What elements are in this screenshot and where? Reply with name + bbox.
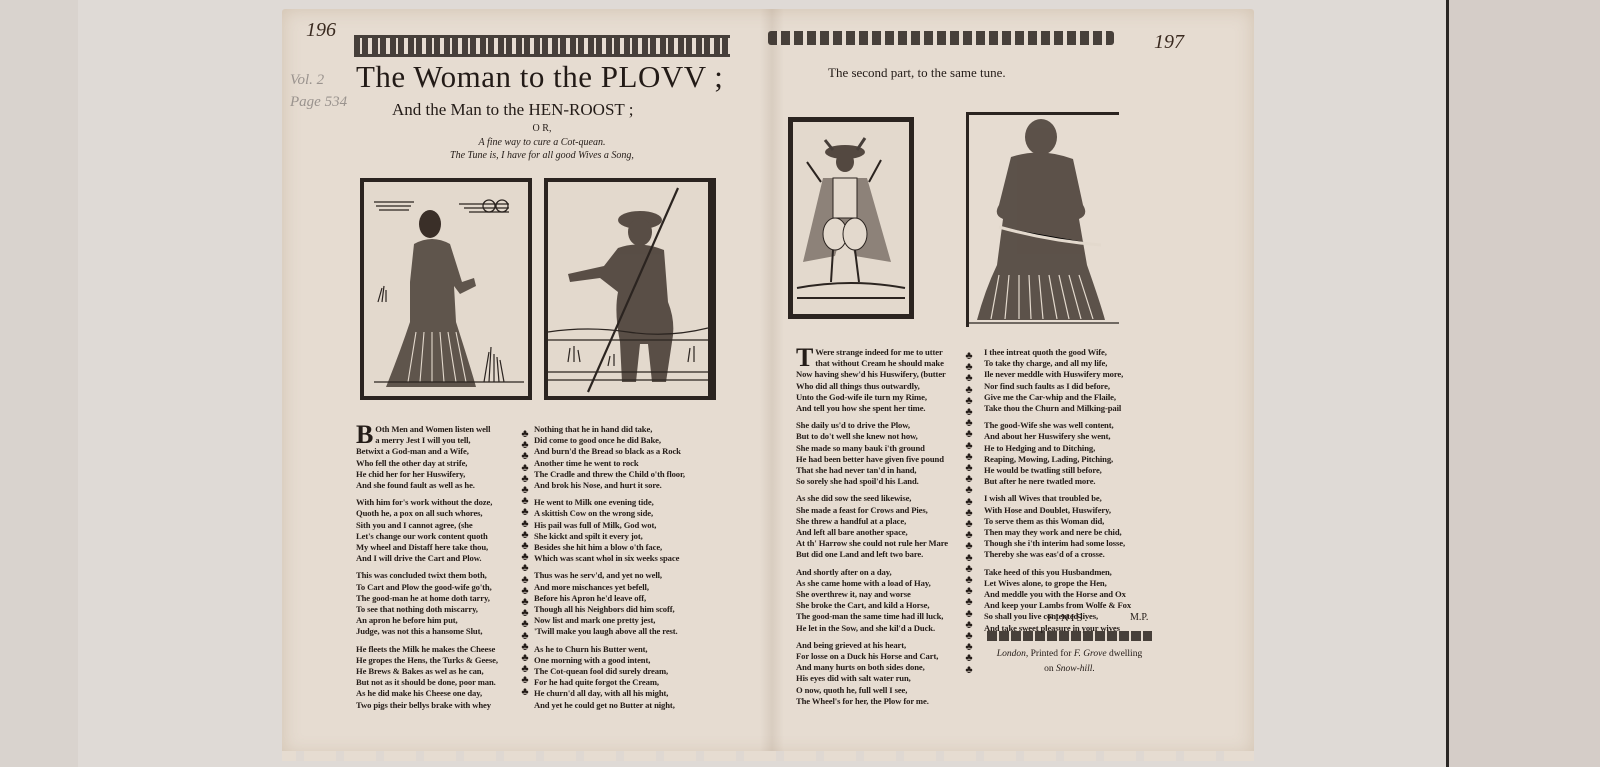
verse-line: Besides she hit him a blow o'th face, bbox=[534, 542, 709, 553]
verse-line: That she had never tan'd in hand, bbox=[796, 465, 964, 476]
verse-line: A skittish Cow on the wrong side, bbox=[534, 508, 709, 519]
verse-line: His pail was full of Milk, God wot, bbox=[534, 520, 709, 531]
imprint-publisher: F. Grove bbox=[1074, 649, 1107, 659]
verse-line: He to Hedging and to Ditching, bbox=[984, 443, 1156, 454]
center-fold bbox=[760, 9, 784, 755]
verse-line: She made a feast for Crows and Pies, bbox=[796, 505, 964, 516]
verse-line: And being grieved at his heart, bbox=[796, 640, 964, 651]
verse-line: The good-man he at home doth tarry, bbox=[356, 593, 526, 604]
verse-line: He churn'd all day, with all his might, bbox=[534, 688, 709, 699]
broadside-sheet: 196 Vol. 2 Page 534 The Woman to the PLO… bbox=[282, 9, 1254, 755]
imprint-printed-for: Printed for bbox=[1031, 649, 1072, 659]
right-column-2: I thee intreat quoth the good Wife, To t… bbox=[984, 347, 1156, 640]
verse-line: My wheel and Distaff here take thou, bbox=[356, 542, 526, 553]
verse-line: She made so many bauk i'th ground bbox=[796, 443, 964, 454]
verse-line: And keep your Lambs from Wolfe & Fox bbox=[984, 600, 1156, 611]
header-ornament-left bbox=[354, 35, 730, 57]
verse-line: Who fell the other day at strife, bbox=[356, 458, 526, 469]
verse-line: And about her Huswifery she went, bbox=[984, 431, 1156, 442]
verse-line: O now, quoth he, full well I see, bbox=[796, 685, 964, 696]
stanza: As he to Churn his Butter went, One morn… bbox=[534, 644, 709, 711]
stanza: T Were strange indeed for me to utter th… bbox=[796, 347, 964, 414]
verse-line: Though all his Neighbors did him scoff, bbox=[534, 604, 709, 615]
verse-line: To serve them as this Woman did, bbox=[984, 516, 1156, 527]
verse-line: He had been better have given five pound bbox=[796, 454, 964, 465]
verse-line: And she found fault as well as he. bbox=[356, 480, 526, 491]
woodcut-woman-in-dress bbox=[966, 112, 1119, 327]
verse-line: But after he nere twatled more. bbox=[984, 476, 1156, 487]
verse-line: Oth Men and Women listen well bbox=[356, 424, 526, 435]
verse-line: And left all bare another space, bbox=[796, 527, 964, 538]
header-ornament-right bbox=[768, 31, 1114, 45]
left-page-number: 196 bbox=[306, 19, 336, 42]
verse-line: Ile never meddle with Huswifery more, bbox=[984, 369, 1156, 380]
verse-line: To see that nothing doth miscarry, bbox=[356, 604, 526, 615]
stanza: He went to Milk one evening tide, A skit… bbox=[534, 497, 709, 564]
verse-line: And shortly after on a day, bbox=[796, 567, 964, 578]
imprint-dwelling: dwelling bbox=[1109, 649, 1142, 659]
pencil-volume: Vol. 2 bbox=[290, 69, 347, 91]
stanza: I thee intreat quoth the good Wife, To t… bbox=[984, 347, 1156, 414]
author-initials: M.P. bbox=[1130, 612, 1148, 623]
stanza: Nothing that he in hand did take, Did co… bbox=[534, 424, 709, 491]
verse-line: This was concluded twixt them both, bbox=[356, 570, 526, 581]
verse-line: An apron he before him put, bbox=[356, 615, 526, 626]
verse-line: And brok his Nose, and hurt it sore. bbox=[534, 480, 709, 491]
tune-prefix: The Tune is, bbox=[450, 150, 499, 161]
fleuron-divider-left: ♣♣♣♣♣♣♣♣♣♣♣♣♣♣♣♣♣♣♣♣♣♣♣♣ bbox=[518, 429, 532, 698]
verse-line: Quoth he, a pox on all such whores, bbox=[356, 508, 526, 519]
verse-line: But did one Land and left two bare. bbox=[796, 549, 964, 560]
verse-line: With him for's work without the doze, bbox=[356, 497, 526, 508]
verse-line: She overthrew it, nay and worse bbox=[796, 589, 964, 600]
stanza: And being grieved at his heart, For loss… bbox=[796, 640, 964, 707]
verse-line: Thus was he serv'd, and yet no well, bbox=[534, 570, 709, 581]
verse-line: He went to Milk one evening tide, bbox=[534, 497, 709, 508]
verse-line: Nor find such faults as I did before, bbox=[984, 381, 1156, 392]
verse-line: And many hurts on both sides done, bbox=[796, 662, 964, 673]
imprint-line-1: London, Printed for F. Grove dwelling bbox=[982, 649, 1157, 659]
right-column-1: T Were strange indeed for me to utter th… bbox=[796, 347, 964, 713]
verse-line: And burn'd the Bread so black as a Rock bbox=[534, 446, 709, 457]
woman-figure-illustration bbox=[364, 182, 528, 396]
tagline: A fine way to cure a Cot-quean. bbox=[432, 137, 652, 148]
verse-line: And yet he could get no Butter at night, bbox=[534, 700, 709, 711]
background-left bbox=[0, 0, 78, 767]
verse-line: 'Twill make you laugh above all the rest… bbox=[534, 626, 709, 637]
verse-line: And I will drive the Cart and Plow. bbox=[356, 553, 526, 564]
verse-line: The Wheel's for her, the Plow for me. bbox=[796, 696, 964, 707]
right-page-number: 197 bbox=[1154, 31, 1184, 54]
verse-line: Two pigs their bellys brake with whey bbox=[356, 700, 526, 711]
tune-line: The Tune is, I have for all good Wives a… bbox=[422, 150, 662, 161]
verse-line: Betwixt a God-man and a Wife, bbox=[356, 446, 526, 457]
verse-line: She kickt and spilt it every jot, bbox=[534, 531, 709, 542]
imprint-place: Snow-hill. bbox=[1056, 664, 1095, 674]
drop-cap-t: T bbox=[796, 347, 813, 369]
left-column-2: Nothing that he in hand did take, Did co… bbox=[534, 424, 709, 717]
verse-line: He gropes the Hens, the Turks & Geese, bbox=[356, 655, 526, 666]
ballad-subtitle: And the Man to the HEN-ROOST ; bbox=[392, 100, 633, 120]
stanza: The good-Wife she was well content, And … bbox=[984, 420, 1156, 487]
verse-line: As he to Churn his Butter went, bbox=[534, 644, 709, 655]
verse-line: To take thy charge, and all my life, bbox=[984, 358, 1156, 369]
verse-line: And tell you how she spent her time. bbox=[796, 403, 964, 414]
stanza: With him for's work without the doze, Qu… bbox=[356, 497, 526, 564]
verse-line: Reaping, Mowing, Lading, Pitching, bbox=[984, 454, 1156, 465]
stanza: And shortly after on a day, As she came … bbox=[796, 567, 964, 634]
verse-line: Take thou the Churn and Milking-pail bbox=[984, 403, 1156, 414]
stanza: I wish all Wives that troubled be, With … bbox=[984, 493, 1156, 560]
verse-line: She broke the Cart, and kild a Horse, bbox=[796, 600, 964, 611]
drop-cap-b: B bbox=[356, 424, 373, 446]
verse-line: Now having shew'd his Huswifery, (butter bbox=[796, 369, 964, 380]
woodcut-man-in-cloak bbox=[788, 117, 914, 319]
verse-line: As she did sow the seed likewise, bbox=[796, 493, 964, 504]
imprint-city: London, bbox=[997, 649, 1028, 659]
verse-line: Now list and mark one pretty jest, bbox=[534, 615, 709, 626]
background-right bbox=[1449, 0, 1600, 767]
verse-line: Then may they work and nere be chid, bbox=[984, 527, 1156, 538]
verse-line: Which was scant whol in six weeks space bbox=[534, 553, 709, 564]
verse-line: As she came home with a load of Hay, bbox=[796, 578, 964, 589]
verse-line: She daily us'd to drive the Plow, bbox=[796, 420, 964, 431]
verse-line: a merry Jest I will you tell, bbox=[356, 435, 526, 446]
verse-line: Who did all things thus outwardly, bbox=[796, 381, 964, 392]
woman-in-dress-illustration bbox=[969, 115, 1119, 327]
verse-line: He fleets the Milk he makes the Cheese bbox=[356, 644, 526, 655]
verse-line: He let in the Sow, and she kil'd a Duck. bbox=[796, 623, 964, 634]
verse-line: To Cart and Plow the good-wife go'th, bbox=[356, 582, 526, 593]
imprint-line-2: on Snow-hill. bbox=[982, 664, 1157, 674]
verse-line: I thee intreat quoth the good Wife, bbox=[984, 347, 1156, 358]
verse-line: His eyes did with salt water run, bbox=[796, 673, 964, 684]
woodcut-woman-figure bbox=[360, 178, 532, 400]
verse-line: Judge, was not this a hansome Slut, bbox=[356, 626, 526, 637]
tune-name: I have for all good Wives a Song, bbox=[501, 150, 634, 161]
verse-line: Let Wives alone, to grope the Hen, bbox=[984, 578, 1156, 589]
second-part-heading: The second part, to the same tune. bbox=[828, 65, 1006, 81]
verse-line: And meddle you with the Horse and Ox bbox=[984, 589, 1156, 600]
stanza: B Oth Men and Women listen well a merry … bbox=[356, 424, 526, 491]
or-line: O R, bbox=[512, 123, 572, 134]
pencil-page: Page 534 bbox=[290, 91, 347, 113]
verse-line: But not as it should be done, poor man. bbox=[356, 677, 526, 688]
verse-line: She threw a handful at a place, bbox=[796, 516, 964, 527]
man-in-cloak-illustration bbox=[793, 122, 909, 314]
finis-label: FINIS. bbox=[1047, 612, 1089, 624]
verse-line: I wish all Wives that troubled be, bbox=[984, 493, 1156, 504]
verse-line: Sith you and I cannot agree, (she bbox=[356, 520, 526, 531]
verse-line: As he did make his Cheese one day, bbox=[356, 688, 526, 699]
stanza: She daily us'd to drive the Plow, But to… bbox=[796, 420, 964, 487]
verse-line: Take heed of this you Husbandmen, bbox=[984, 567, 1156, 578]
verse-line: Nothing that he in hand did take, bbox=[534, 424, 709, 435]
footer-ornament bbox=[987, 631, 1152, 641]
man-with-staff-illustration bbox=[548, 182, 708, 396]
verse-line: He chid her for her Huswifery, bbox=[356, 469, 526, 480]
verse-line: He Brews & Bakes as wel as he can, bbox=[356, 666, 526, 677]
verse-line: Give me the Car-whip and the Flaile, bbox=[984, 392, 1156, 403]
verse-line: that without Cream he should make bbox=[796, 358, 964, 369]
verse-line: Before his Apron he'd leave off, bbox=[534, 593, 709, 604]
verse-line: The Cradle and threw the Child o'th floo… bbox=[534, 469, 709, 480]
verse-line: The good-man the same time had ill luck, bbox=[796, 611, 964, 622]
verse-line: And more mischances yet befell, bbox=[534, 582, 709, 593]
verse-line: Unto the God-wife ile turn my Rime, bbox=[796, 392, 964, 403]
left-column-1: B Oth Men and Women listen well a merry … bbox=[356, 424, 526, 717]
stanza: Thus was he serv'd, and yet no well, And… bbox=[534, 570, 709, 637]
verse-line: He would be twatling still before, bbox=[984, 465, 1156, 476]
verse-line: Thereby she was eas'd of a crosse. bbox=[984, 549, 1156, 560]
stanza: This was concluded twixt them both, To C… bbox=[356, 570, 526, 637]
verse-line: Did come to good once he did Bake, bbox=[534, 435, 709, 446]
ballad-title: The Woman to the PLOVV ; bbox=[356, 59, 723, 95]
verse-line: So sorely she had spoil'd his Land. bbox=[796, 476, 964, 487]
verse-line: One morning with a good intent, bbox=[534, 655, 709, 666]
verse-line: Though she i'th interim had some losse, bbox=[984, 538, 1156, 549]
verse-line: The Cot-quean fool did surely dream, bbox=[534, 666, 709, 677]
woodcut-man-with-staff bbox=[544, 178, 716, 400]
imprint-on: on bbox=[1044, 664, 1054, 674]
verse-line: At th' Harrow she could not rule her Mar… bbox=[796, 538, 964, 549]
stanza: As she did sow the seed likewise, She ma… bbox=[796, 493, 964, 560]
verse-line: Another time he went to rock bbox=[534, 458, 709, 469]
pencil-annotation: Vol. 2 Page 534 bbox=[290, 69, 347, 113]
verse-line: The good-Wife she was well content, bbox=[984, 420, 1156, 431]
verse-line: Were strange indeed for me to utter bbox=[796, 347, 964, 358]
verse-line: For losse on a Duck his Horse and Cart, bbox=[796, 651, 964, 662]
verse-line: Let's change our work content quoth bbox=[356, 531, 526, 542]
fleuron-divider-right: ♣♣♣♣♣♣♣♣♣♣♣♣♣♣♣♣♣♣♣♣♣♣♣♣♣♣♣♣♣ bbox=[962, 351, 976, 676]
verse-line: But to do't well she knew not how, bbox=[796, 431, 964, 442]
stanza: He fleets the Milk he makes the Cheese H… bbox=[356, 644, 526, 711]
verse-line: With Hose and Doublet, Huswifery, bbox=[984, 505, 1156, 516]
verse-line: For he had quite forgot the Cream, bbox=[534, 677, 709, 688]
